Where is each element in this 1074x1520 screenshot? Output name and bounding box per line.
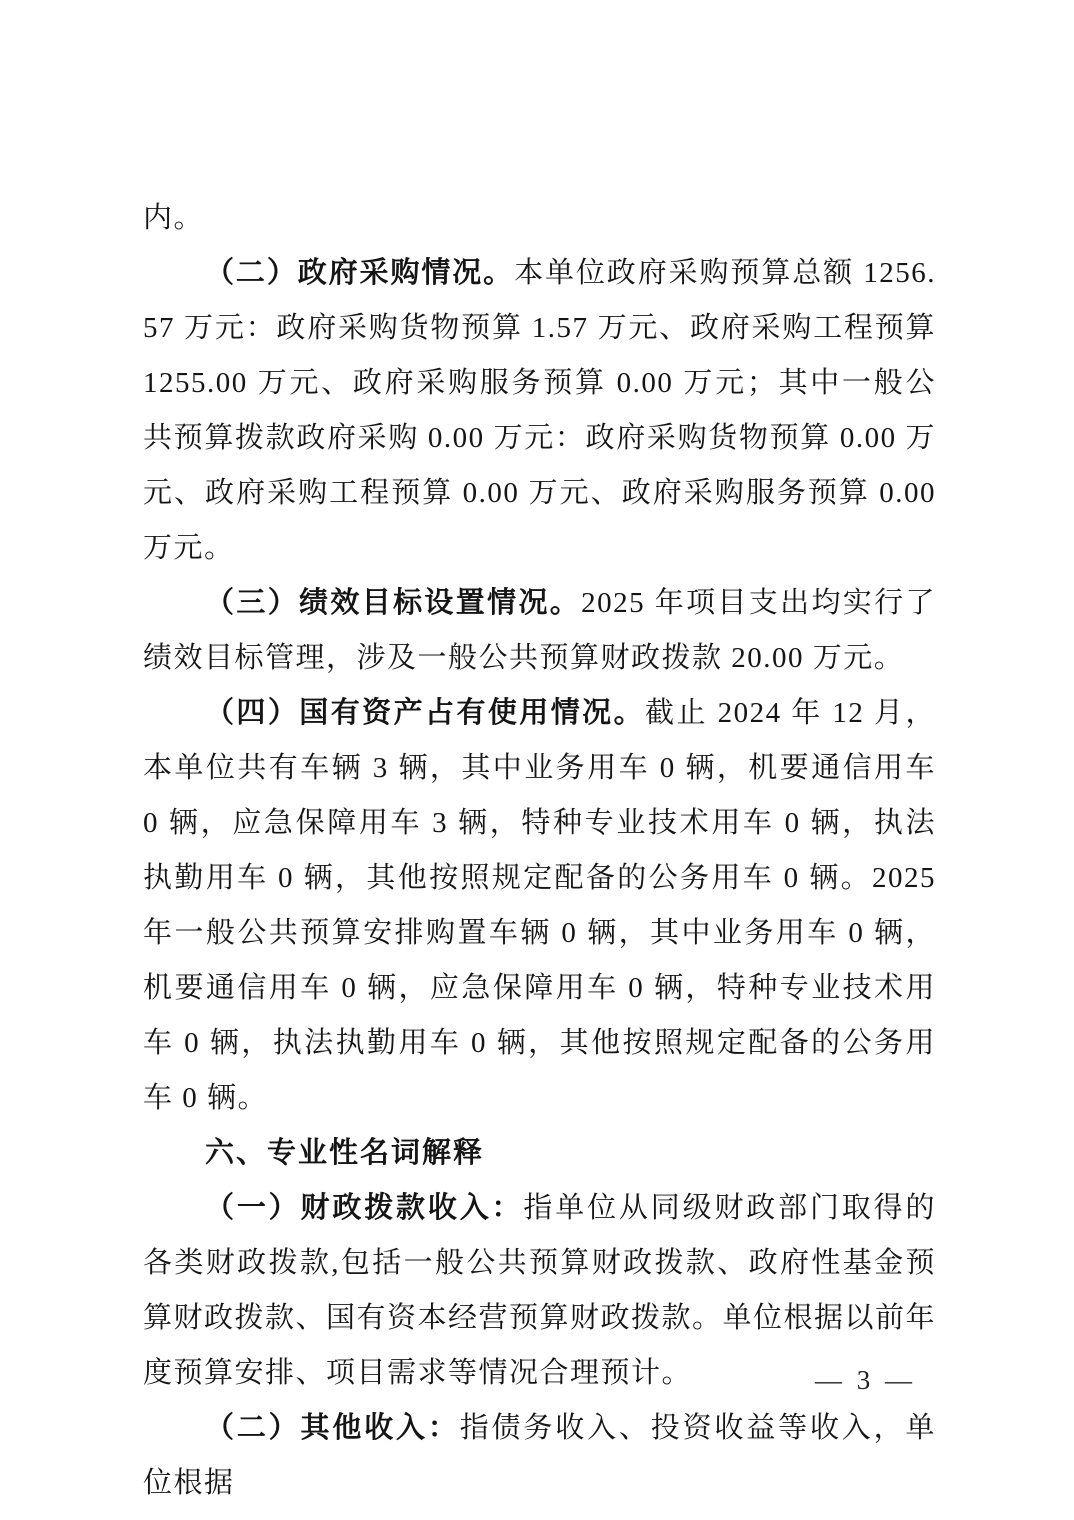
document-page: 内。 （二）政府采购情况。本单位政府采购预算总额 1256.57 万元：政府采购… (0, 0, 1074, 1520)
paragraph-text: 内。 (143, 202, 204, 234)
page-number: — 3 — (815, 1364, 916, 1396)
section-heading-terms: 六、专业性名词解释 (143, 1126, 936, 1181)
document-body: 内。 （二）政府采购情况。本单位政府采购预算总额 1256.57 万元：政府采购… (143, 191, 936, 1511)
paragraph-lead: （四）国有资产占有使用情况。 (205, 697, 645, 729)
paragraph-lead: （二）政府采购情况。 (205, 257, 514, 289)
paragraph-state-assets: （四）国有资产占有使用情况。截止 2024 年 12 月，本单位共有车辆 3 辆… (143, 686, 936, 1126)
paragraph-lead: （二）其他收入： (205, 1412, 460, 1444)
paragraph-lead: （三）绩效目标设置情况。 (205, 587, 581, 619)
paragraph-performance-targets: （三）绩效目标设置情况。2025 年项目支出均实行了绩效目标管理，涉及一般公共预… (143, 576, 936, 686)
paragraph-other-income: （二）其他收入：指债务收入、投资收益等收入，单位根据 (143, 1401, 936, 1511)
paragraph-continuation: 内。 (143, 191, 936, 246)
paragraph-text: 本单位政府采购预算总额 1256.57 万元：政府采购货物预算 1.57 万元、… (143, 257, 936, 564)
paragraph-text: 截止 2024 年 12 月，本单位共有车辆 3 辆，其中业务用车 0 辆，机要… (143, 697, 936, 1114)
paragraph-government-procurement: （二）政府采购情况。本单位政府采购预算总额 1256.57 万元：政府采购货物预… (143, 246, 936, 576)
paragraph-lead: （一）财政拨款收入： (205, 1192, 523, 1224)
